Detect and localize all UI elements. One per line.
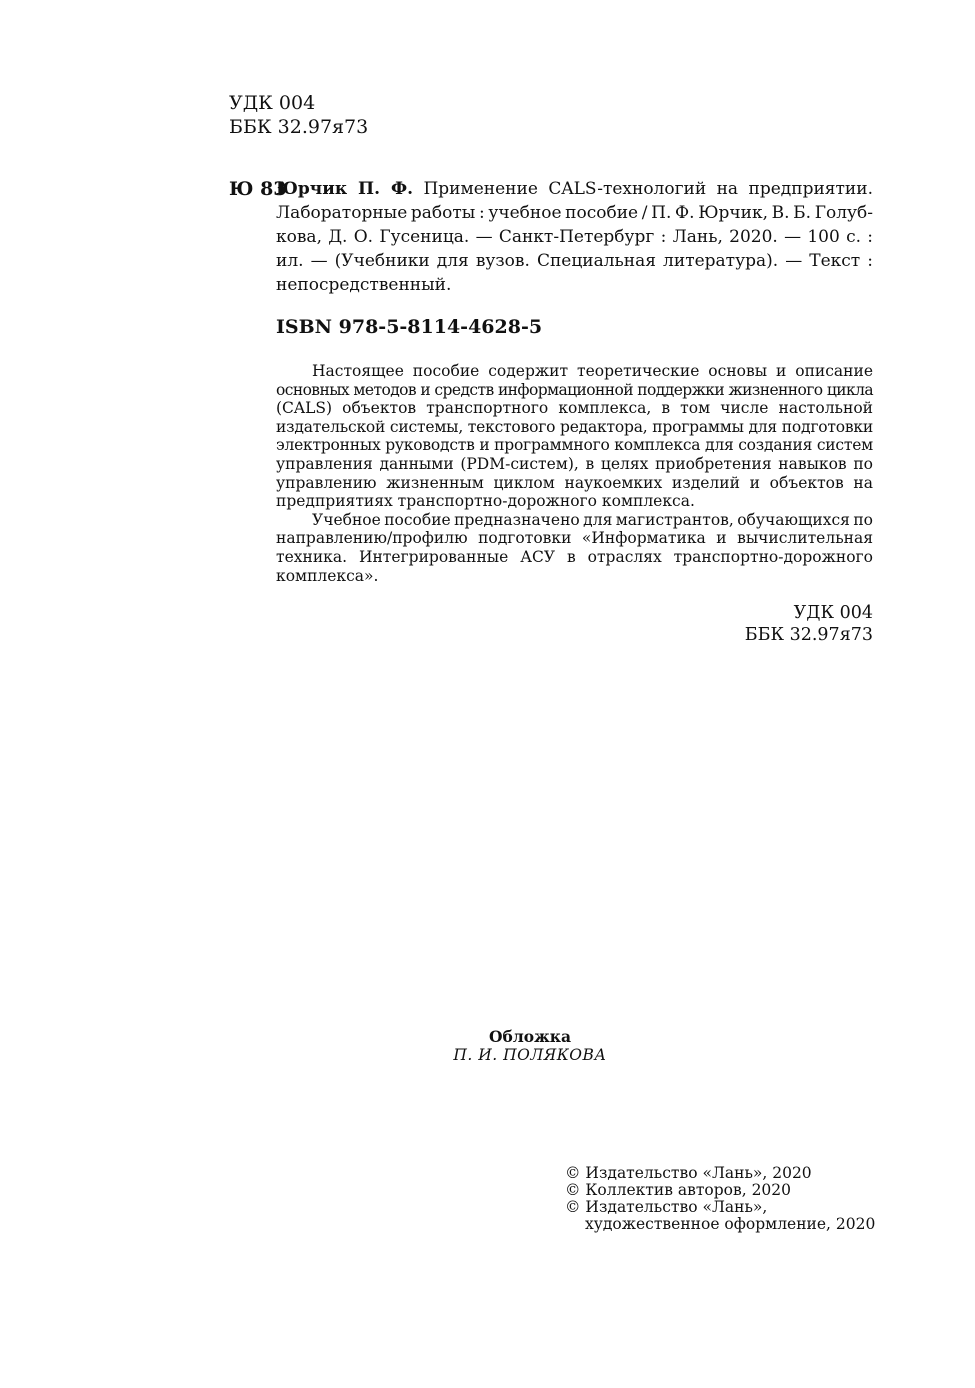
bibliographic-record: Юрчик П. Ф. Применение CALS-технологий н… (276, 177, 873, 297)
biblio-line: непосредственный. (276, 273, 873, 297)
classification-codes-top: УДК 004 ББК 32.97я73 (229, 91, 368, 139)
copyright-line: художественное оформление, 2020 (565, 1216, 875, 1233)
abstract-line: основных методов и средств информационно… (276, 381, 873, 400)
biblio-line: кова, Д. О. Гусеница. — Санкт-Петербург … (276, 225, 873, 249)
abstract-line: издательской системы, текстового редакто… (276, 418, 873, 437)
copyright-block: © Издательство «Лань», 2020 © Коллектив … (565, 1165, 875, 1233)
abstract: Настоящее пособие содержит теоретические… (276, 362, 873, 585)
abstract-line: направлению/профилю подготовки «Информат… (276, 529, 873, 548)
abstract-line: техника. Интегрированные АСУ в отраслях … (276, 548, 873, 567)
cover-credit-label: Обложка (380, 1027, 680, 1046)
abstract-line: управления данными (PDM-систем), в целях… (276, 455, 873, 474)
abstract-line: управлению жизненным циклом наукоемких и… (276, 474, 873, 493)
udk-code: УДК 004 (700, 602, 873, 624)
cover-designer-name: П. И. ПОЛЯКОВА (380, 1046, 680, 1065)
classification-codes-bottom: УДК 004 ББК 32.97я73 (700, 602, 873, 646)
isbn: ISBN 978-5-8114-4628-5 (276, 314, 542, 340)
author-name: Юрчик П. Ф. (276, 179, 413, 199)
copyright-line: © Издательство «Лань», 2020 (565, 1165, 875, 1182)
biblio-line: Лабораторные работы : учебное пособие / … (276, 201, 873, 225)
abstract-line: Учебное пособие предназначено для магист… (276, 511, 873, 530)
cover-credit: Обложка П. И. ПОЛЯКОВА (380, 1027, 680, 1065)
bbk-code: ББК 32.97я73 (700, 624, 873, 646)
udk-code: УДК 004 (229, 91, 368, 115)
abstract-line: электронных руководств и программного ко… (276, 436, 873, 455)
abstract-line: предприятиях транспортно-дорожного компл… (276, 492, 873, 511)
abstract-line: комплекса». (276, 567, 873, 586)
copyright-line: © Издательство «Лань», (565, 1199, 875, 1216)
abstract-line: Настоящее пособие содержит теоретические… (276, 362, 873, 381)
biblio-line: Юрчик П. Ф. Применение CALS-технологий н… (276, 177, 873, 201)
biblio-line: ил. — (Учебники для вузов. Специальная л… (276, 249, 873, 273)
bbk-code: ББК 32.97я73 (229, 115, 368, 139)
abstract-line: (CALS) объектов транспортного комплекса,… (276, 399, 873, 418)
copyright-line: © Коллектив авторов, 2020 (565, 1182, 875, 1199)
